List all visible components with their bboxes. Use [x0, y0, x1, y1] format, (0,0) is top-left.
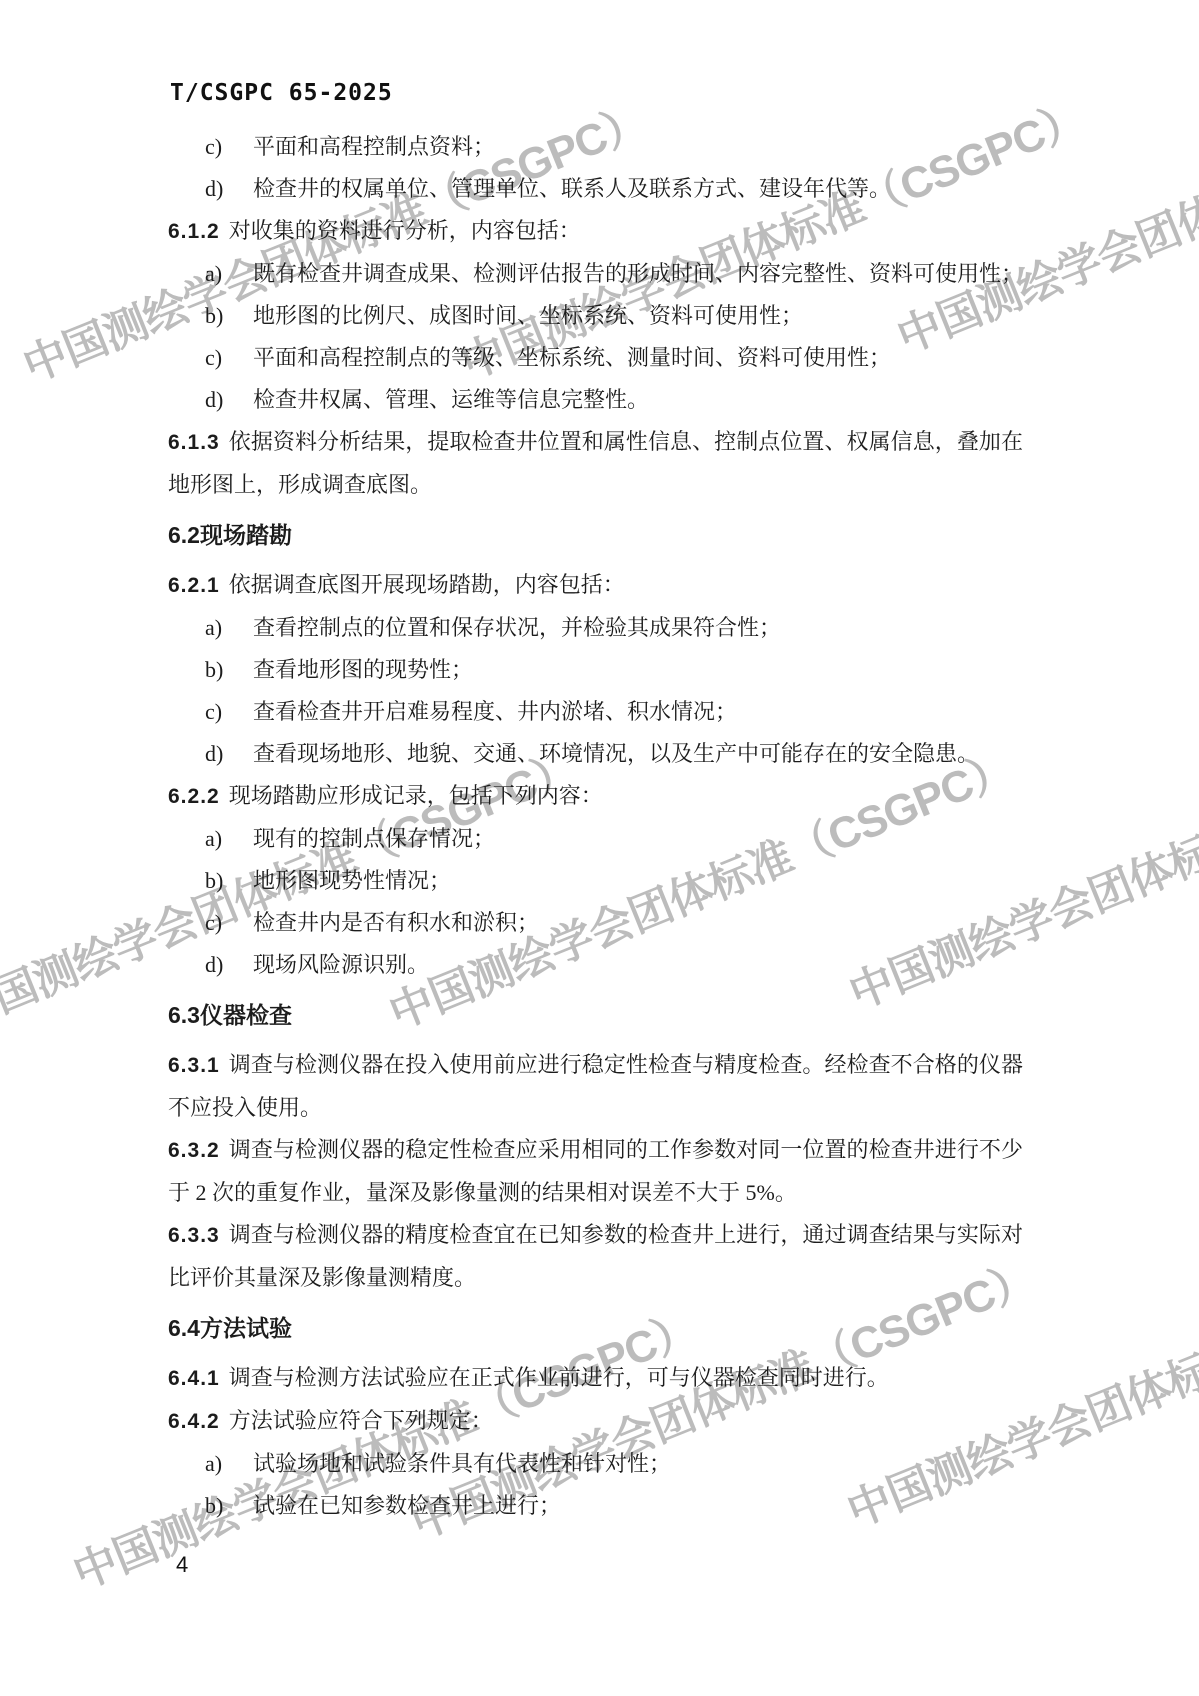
list-item-a-test-site: a)试验场地和试验条件具有代表性和针对性；: [205, 1443, 1023, 1485]
clause-number: 6.3.2: [168, 1139, 220, 1162]
list-item-a-check-control-points: a)查看控制点的位置和保存状况，并检验其成果符合性；: [205, 607, 1023, 649]
item-label: a): [205, 818, 253, 860]
clause-text: 调查与检测仪器的稳定性检查应采用相同的工作参数对同一位置的检查井进行不少于 2 …: [168, 1137, 1023, 1205]
item-label: c): [205, 902, 253, 944]
item-text: 既有检查井调查成果、检测评估报告的形成时间、内容完整性、资料可使用性；: [253, 261, 1023, 286]
list-item-b-test-known-params: b)试验在已知参数检查井上进行；: [205, 1485, 1023, 1527]
list-item-b-topo-map-scale: b)地形图的比例尺、成图时间、坐标系统、资料可使用性；: [205, 295, 1023, 337]
item-text: 检查井内是否有积水和淤积；: [253, 910, 539, 935]
clause-number: 6.4.1: [168, 1367, 220, 1390]
section-heading-6-3: 6.3仪器检查: [168, 994, 1023, 1036]
clause-text: 调查与检测仪器的精度检查宜在已知参数的检查井上进行，通过调查结果与实际对比评价其…: [168, 1222, 1023, 1290]
item-label: d): [205, 944, 253, 986]
item-text: 平面和高程控制点资料；: [253, 134, 495, 159]
list-item-d-risk-identification: d)现场风险源识别。: [205, 944, 1023, 986]
list-item-b-check-topo-map: b)查看地形图的现势性；: [205, 649, 1023, 691]
page-number: 4: [176, 1552, 188, 1578]
item-label: d): [205, 168, 253, 210]
item-label: c): [205, 691, 253, 733]
item-label: d): [205, 379, 253, 421]
list-item-c-check-manhole: c)查看检查井开启难易程度、井内淤堵、积水情况；: [205, 691, 1023, 733]
item-label: a): [205, 253, 253, 295]
clause-number: 6.1.2: [168, 220, 220, 243]
item-label: c): [205, 337, 253, 379]
list-item-d-check-site: d)查看现场地形、地貌、交通、环境情况，以及生产中可能存在的安全隐患。: [205, 733, 1023, 775]
item-text: 查看检查井开启难易程度、井内淤堵、积水情况；: [253, 699, 737, 724]
clause-text: 现场踏勘应形成记录，包括下列内容：: [229, 783, 603, 808]
clause-text: 调查与检测仪器在投入使用前应进行稳定性检查与精度检查。经检查不合格的仪器不应投入…: [168, 1052, 1023, 1120]
clause-6-3-3: 6.3.3调查与检测仪器的精度检查宜在已知参数的检查井上进行，通过调查结果与实际…: [168, 1214, 1023, 1299]
item-label: b): [205, 295, 253, 337]
list-item-a-existing-results: a)既有检查井调查成果、检测评估报告的形成时间、内容完整性、资料可使用性；: [205, 253, 1023, 295]
item-label: b): [205, 1485, 253, 1527]
list-item-c-control-point-data: c)平面和高程控制点资料；: [205, 126, 1023, 168]
clause-6-1-3: 6.1.3依据资料分析结果，提取检查井位置和属性信息、控制点位置、权属信息，叠加…: [168, 421, 1023, 506]
item-text: 现场风险源识别。: [253, 952, 429, 977]
clause-text: 方法试验应符合下列规定：: [229, 1408, 493, 1433]
item-label: b): [205, 860, 253, 902]
clause-6-3-2: 6.3.2调查与检测仪器的稳定性检查应采用相同的工作参数对同一位置的检查井进行不…: [168, 1129, 1023, 1214]
item-text: 查看控制点的位置和保存状况，并检验其成果符合性；: [253, 615, 781, 640]
clause-number: 6.1.3: [168, 431, 220, 454]
list-item-c-water-silt: c)检查井内是否有积水和淤积；: [205, 902, 1023, 944]
clause-text: 依据资料分析结果，提取检查井位置和属性信息、控制点位置、权属信息，叠加在地形图上…: [168, 429, 1023, 497]
clause-number: 6.2.1: [168, 574, 220, 597]
clause-6-2-2: 6.2.2现场踏勘应形成记录，包括下列内容：: [168, 775, 1023, 818]
item-text: 平面和高程控制点的等级、坐标系统、测量时间、资料可使用性；: [253, 345, 891, 370]
list-item-d-info-completeness: d)检查井权属、管理、运维等信息完整性。: [205, 379, 1023, 421]
clause-text: 对收集的资料进行分析，内容包括：: [229, 218, 581, 243]
item-text: 地形图的比例尺、成图时间、坐标系统、资料可使用性；: [253, 303, 803, 328]
clause-number: 6.4.2: [168, 1410, 220, 1433]
clause-text: 调查与检测方法试验应在正式作业前进行，可与仪器检查同时进行。: [229, 1365, 889, 1390]
clause-6-4-1: 6.4.1调查与检测方法试验应在正式作业前进行，可与仪器检查同时进行。: [168, 1357, 1023, 1400]
clause-number: 6.2.2: [168, 785, 220, 808]
list-item-a-control-point-status: a)现有的控制点保存情况；: [205, 818, 1023, 860]
clause-6-4-2: 6.4.2方法试验应符合下列规定：: [168, 1400, 1023, 1443]
item-text: 现有的控制点保存情况；: [253, 826, 495, 851]
document-page: 中国测绘学会团体标准（CSGPC） 中国测绘学会团体标准（CSGPC） 中国测绘…: [0, 0, 1199, 1696]
item-text: 查看地形图的现势性；: [253, 657, 473, 682]
doc-content: c)平面和高程控制点资料； d)检查井的权属单位、管理单位、联系人及联系方式、建…: [168, 126, 1023, 1527]
clause-6-1-2: 6.1.2对收集的资料进行分析，内容包括：: [168, 210, 1023, 253]
doc-number-header: T/CSGPC 65-2025: [170, 80, 393, 106]
item-text: 试验在已知参数检查井上进行；: [253, 1493, 561, 1518]
item-label: b): [205, 649, 253, 691]
item-text: 地形图现势性情况；: [253, 868, 451, 893]
item-text: 试验场地和试验条件具有代表性和针对性；: [253, 1451, 671, 1476]
item-text: 检查井权属、管理、运维等信息完整性。: [253, 387, 649, 412]
item-label: a): [205, 607, 253, 649]
list-item-d-ownership-units: d)检查井的权属单位、管理单位、联系人及联系方式、建设年代等。: [205, 168, 1023, 210]
item-text: 检查井的权属单位、管理单位、联系人及联系方式、建设年代等。: [253, 176, 891, 201]
clause-number: 6.3.3: [168, 1224, 220, 1247]
item-text: 查看现场地形、地貌、交通、环境情况，以及生产中可能存在的安全隐患。: [253, 741, 979, 766]
clause-number: 6.3.1: [168, 1054, 220, 1077]
clause-text: 依据调查底图开展现场踏勘，内容包括：: [229, 572, 625, 597]
list-item-c-control-point-grade: c)平面和高程控制点的等级、坐标系统、测量时间、资料可使用性；: [205, 337, 1023, 379]
clause-6-2-1: 6.2.1依据调查底图开展现场踏勘，内容包括：: [168, 564, 1023, 607]
item-label: c): [205, 126, 253, 168]
list-item-b-topo-map-status: b)地形图现势性情况；: [205, 860, 1023, 902]
item-label: d): [205, 733, 253, 775]
clause-6-3-1: 6.3.1调查与检测仪器在投入使用前应进行稳定性检查与精度检查。经检查不合格的仪…: [168, 1044, 1023, 1129]
section-heading-6-4: 6.4方法试验: [168, 1307, 1023, 1349]
section-heading-6-2: 6.2现场踏勘: [168, 514, 1023, 556]
item-label: a): [205, 1443, 253, 1485]
